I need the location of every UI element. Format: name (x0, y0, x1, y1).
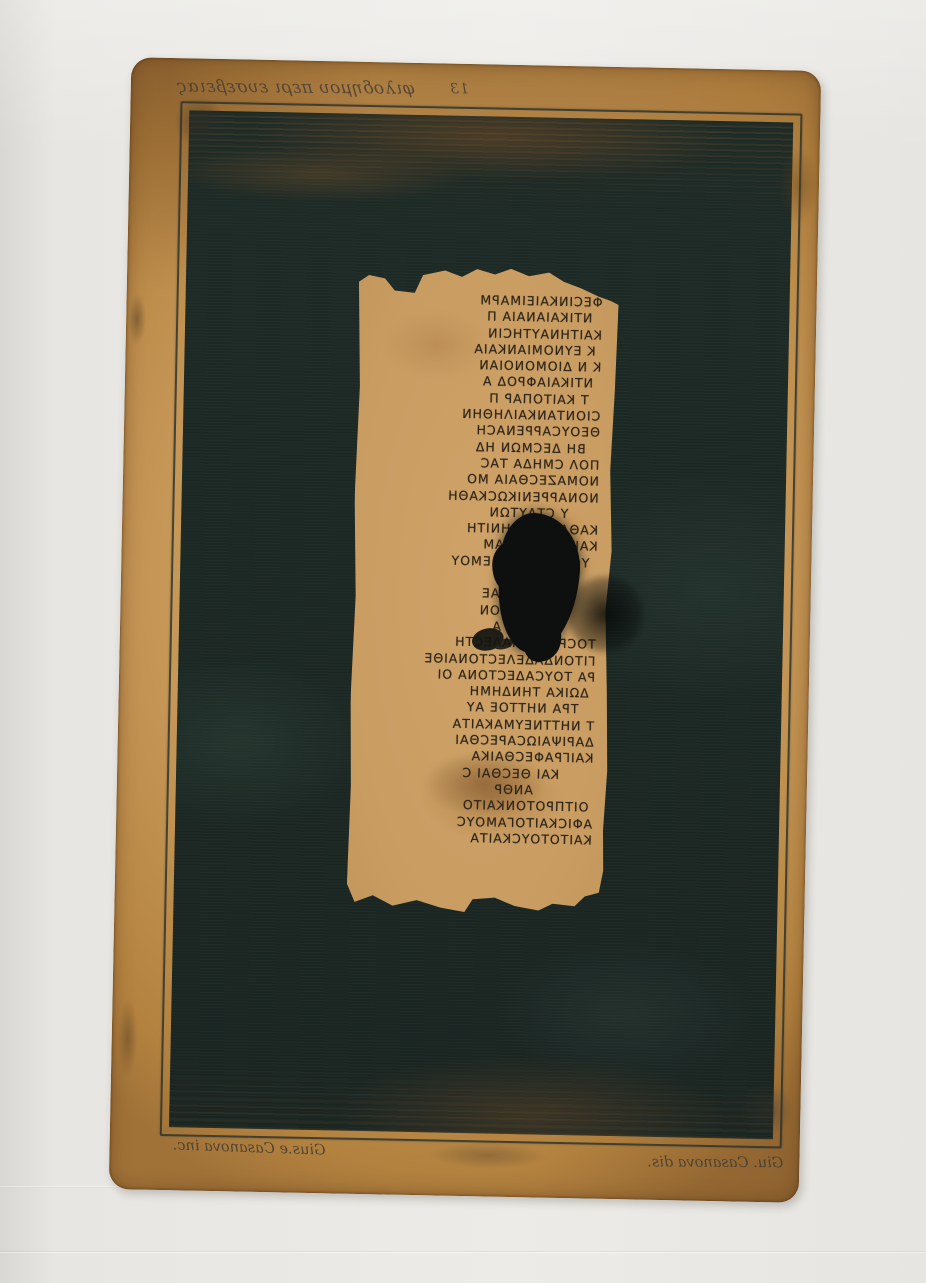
plate-smudge (117, 997, 139, 1077)
engraver-inscription-left: Gius.e Casanova inc. (129, 1136, 326, 1167)
ink-smear (567, 572, 661, 666)
backdrop-crease (0, 1252, 926, 1253)
backdrop-crease (0, 1251, 926, 1252)
photo-backdrop: 13 φιλοδημου περι ευσεβειας ΦΕCΙΝΚΑΙΕΙΜΑ… (0, 0, 926, 1283)
top-inscription: 13 φιλοδημου περι ευσεβειας (153, 71, 469, 104)
plate-number: 13 (449, 81, 469, 97)
title-handwriting: φιλοδημου περι ευσεβειας (176, 77, 416, 99)
plate-smudge (427, 1141, 547, 1169)
plate-smudge (128, 293, 147, 345)
backdrop-crease (0, 1186, 118, 1188)
engraver-inscription-right: Giu. Casanova dis. (599, 1154, 783, 1179)
copper-plate: 13 φιλοδημου περι ευσεβειας ΦΕCΙΝΚΑΙΕΙΜΑ… (109, 57, 822, 1203)
papyrus-text-line: ΚΑΙΤΟΤΟΥCΚΑΙΤΑ (364, 828, 592, 849)
